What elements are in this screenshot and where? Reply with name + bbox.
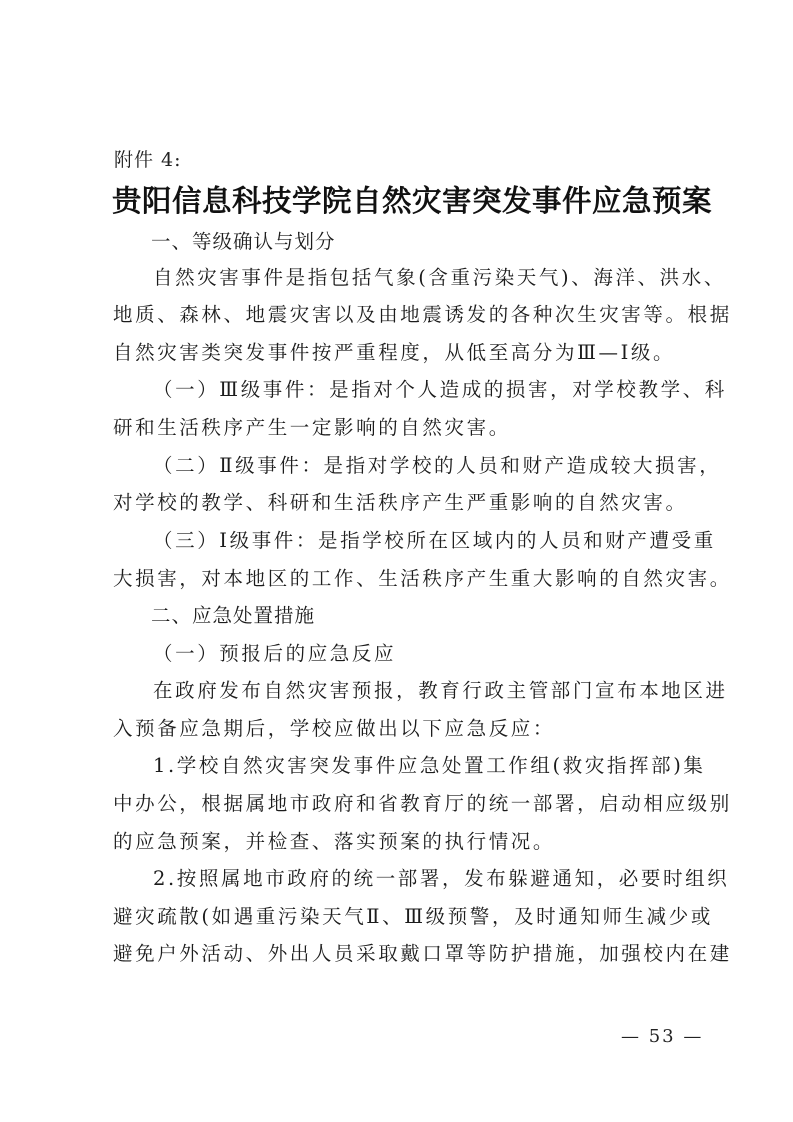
document-title: 贵阳信息科技学院自然灾害突发事件应急预案 bbox=[112, 178, 702, 220]
paragraph-line: 大损害，对本地区的工作、生活秩序产生重大影响的自然灾害。 bbox=[113, 563, 693, 591]
paragraph-line: 避免户外活动、外出人员采取戴口罩等防护措施，加强校内在建 bbox=[113, 938, 693, 966]
section-heading: 一、等级确认与划分 bbox=[151, 226, 731, 254]
paragraph-line: 2.按照属地市政府的统一部署，发布躲避通知，必要时组织 bbox=[153, 863, 733, 891]
document-page: 附件 4: 贵阳信息科技学院自然灾害突发事件应急预案 一、等级确认与划分自然灾害… bbox=[0, 0, 793, 1122]
paragraph-line: 1.学校自然灾害突发事件应急处置工作组(救灾指挥部)集 bbox=[153, 750, 733, 778]
paragraph-line: （二）Ⅱ级事件：是指对学校的人员和财产造成较大损害， bbox=[153, 450, 733, 478]
paragraph-line: 的应急预案，并检查、落实预案的执行情况。 bbox=[113, 826, 693, 854]
paragraph-line: 中办公，根据属地市政府和省教育厅的统一部署，启动相应级别 bbox=[113, 788, 693, 816]
paragraph-line: 研和生活秩序产生一定影响的自然灾害。 bbox=[113, 412, 693, 440]
paragraph-line: 自然灾害事件是指包括气象(含重污染天气)、海洋、洪水、 bbox=[153, 262, 733, 290]
paragraph-line: 地质、森林、地震灾害以及由地震诱发的各种次生灾害等。根据 bbox=[113, 299, 693, 327]
page-number: — 53 — bbox=[621, 1026, 703, 1047]
section-heading: 二、应急处置措施 bbox=[151, 600, 731, 628]
paragraph-line: 自然灾害类突发事件按严重程度，从低至高分为Ⅲ—Ⅰ级。 bbox=[113, 337, 693, 365]
paragraph-line: （一）预报后的应急反应 bbox=[153, 638, 733, 666]
paragraph-line: （一）Ⅲ级事件：是指对个人造成的损害，对学校教学、科 bbox=[153, 374, 733, 402]
paragraph-line: 避灾疏散(如遇重污染天气Ⅱ、Ⅲ级预警，及时通知师生减少或 bbox=[113, 901, 693, 929]
attachment-label: 附件 4: bbox=[114, 145, 182, 172]
paragraph-line: 在政府发布自然灾害预报，教育行政主管部门宣布本地区进 bbox=[153, 675, 733, 703]
paragraph-line: 对学校的教学、科研和生活秩序产生严重影响的自然灾害。 bbox=[113, 487, 693, 515]
paragraph-line: （三）Ⅰ级事件：是指学校所在区域内的人员和财产遭受重 bbox=[153, 525, 733, 553]
paragraph-line: 入预备应急期后，学校应做出以下应急反应： bbox=[113, 713, 693, 741]
